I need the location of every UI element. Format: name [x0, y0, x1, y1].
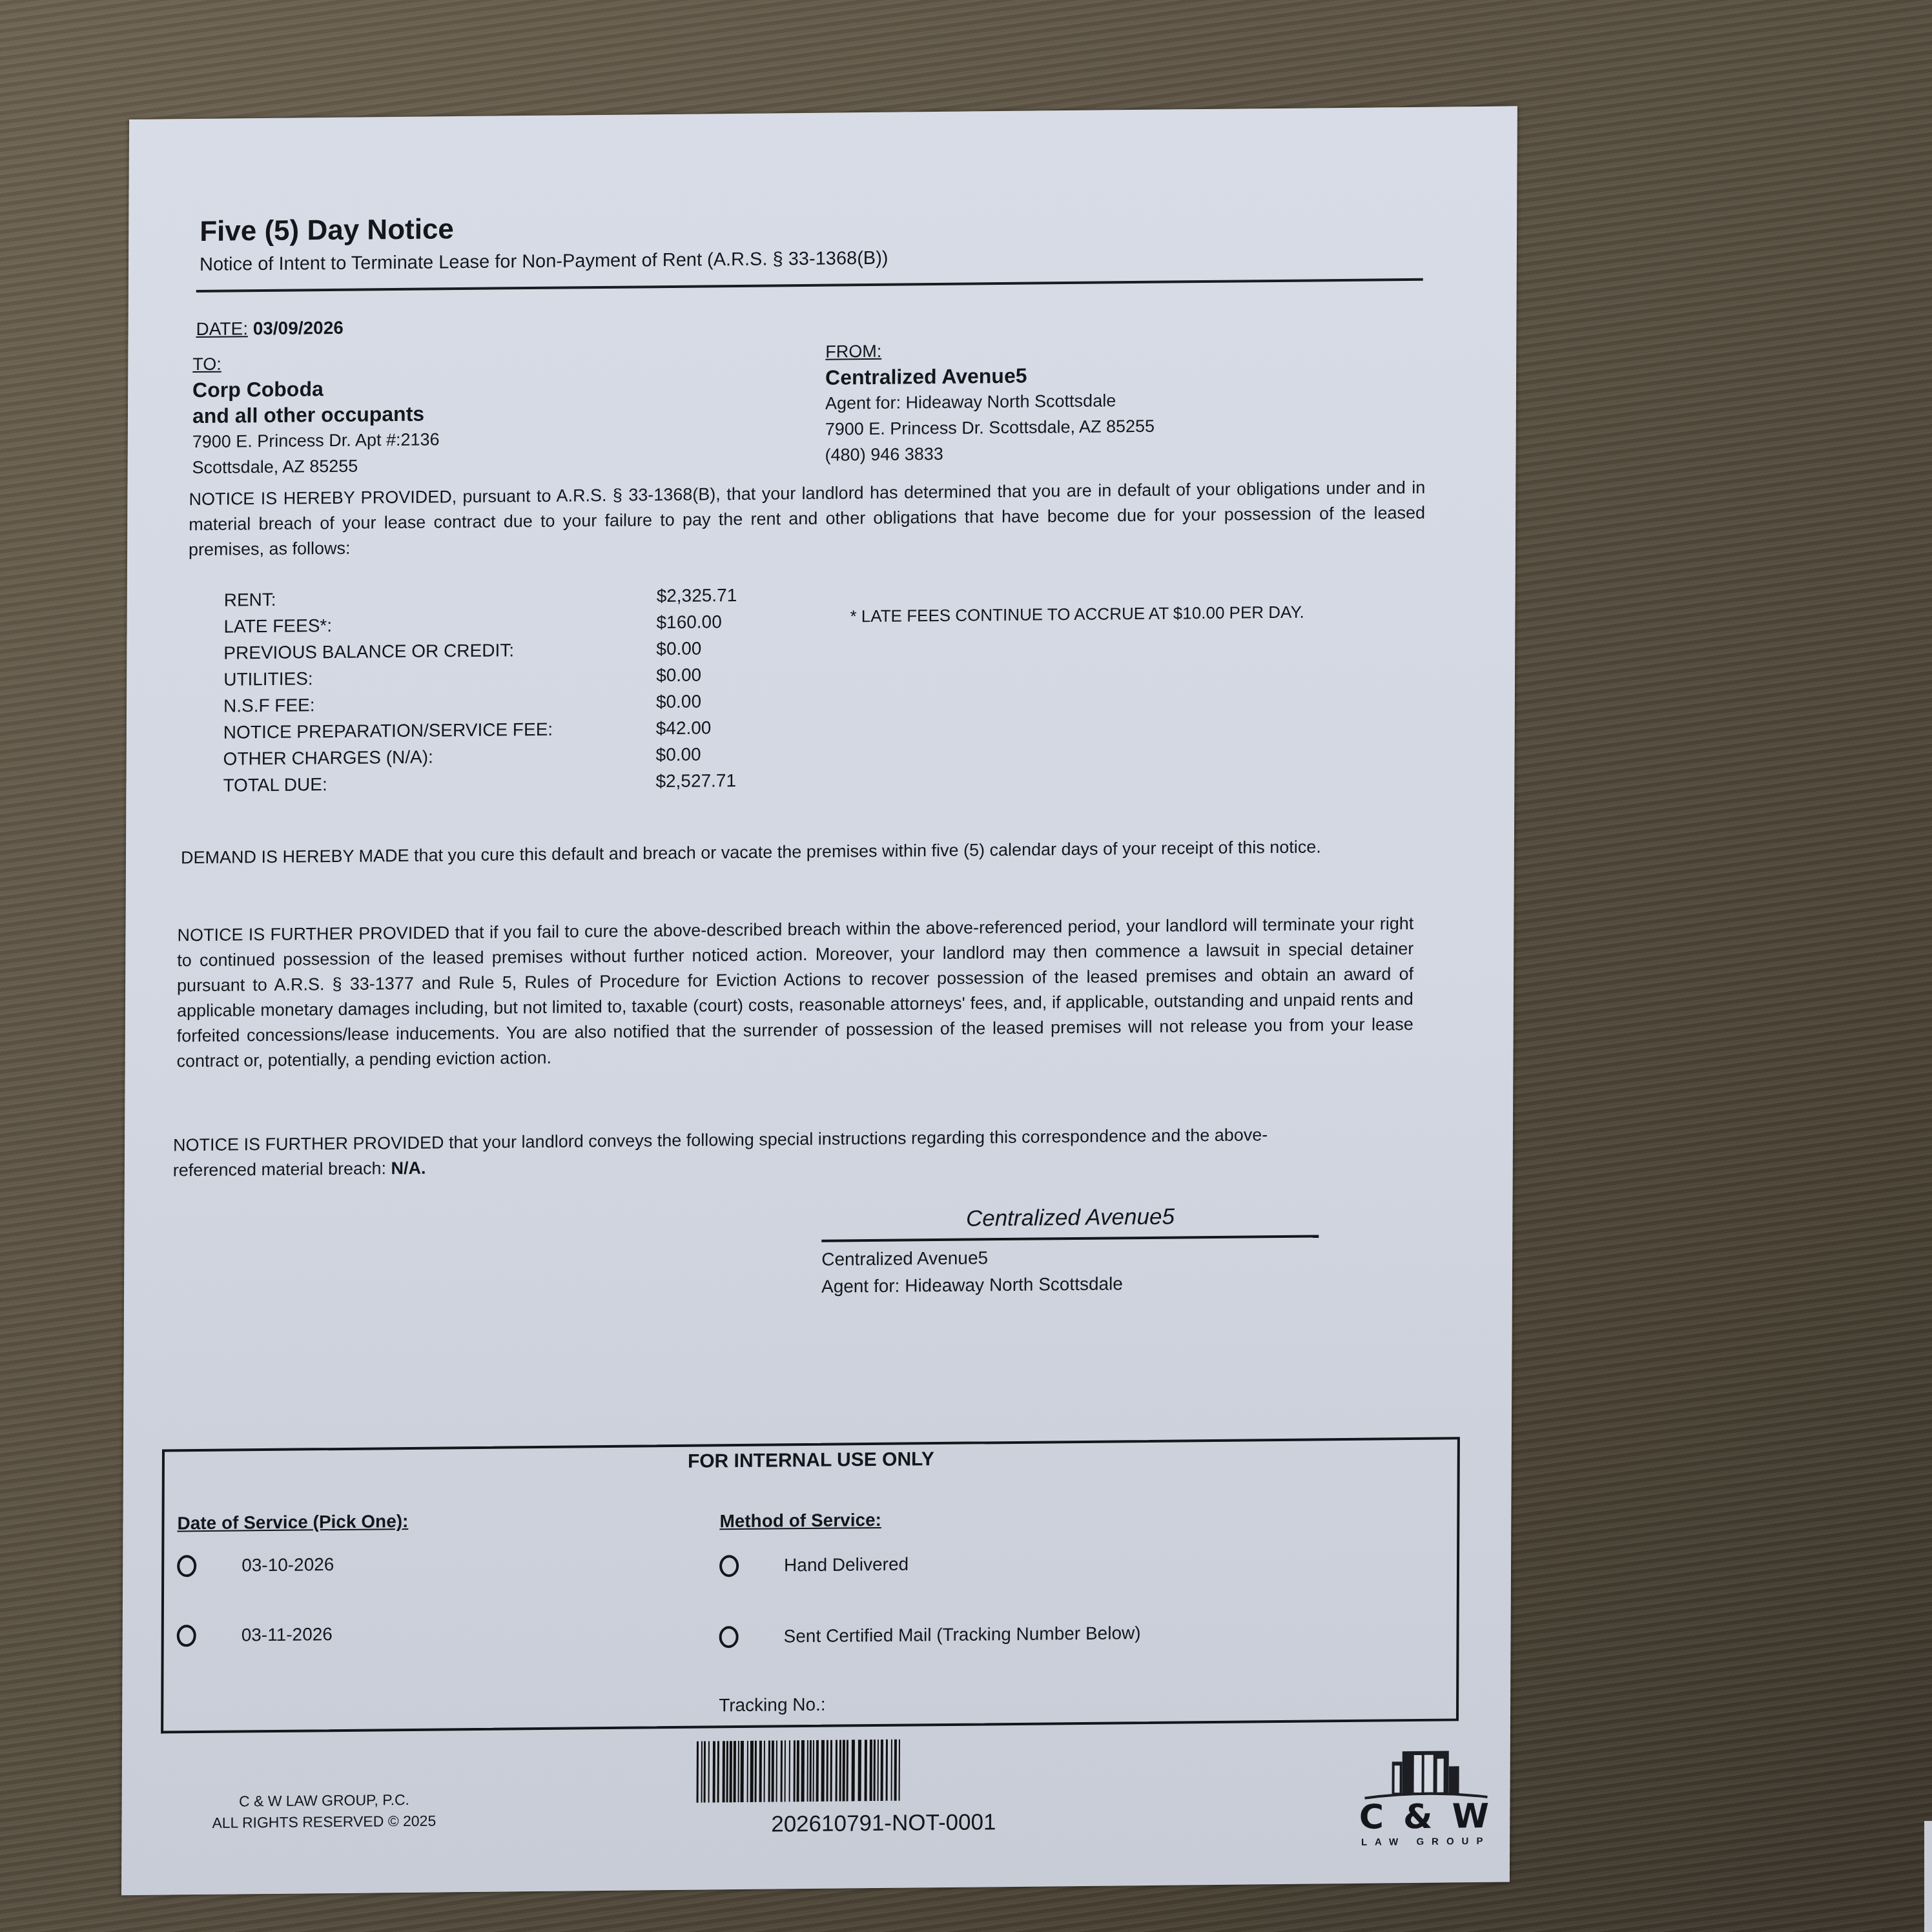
sender-block: FROM: Centralized Avenue5 Agent for: Hid…: [825, 336, 1155, 468]
signer-agent: Agent for: Hideaway North Scottsdale: [821, 1268, 1319, 1300]
copyright-block: C & W LAW GROUP, P.C. ALL RIGHTS RESERVE…: [212, 1789, 436, 1834]
recipient-occupants: and all other occupants: [192, 400, 440, 429]
date-of-service-heading: Date of Service (Pick One):: [177, 1511, 408, 1534]
signature: Centralized Avenue5: [821, 1202, 1319, 1237]
to-label: TO:: [192, 349, 440, 377]
sender-address: 7900 E. Princess Dr. Scottsdale, AZ 8525…: [825, 413, 1155, 442]
notice-paragraph: NOTICE IS HEREBY PROVIDED, pursuant to A…: [189, 475, 1425, 562]
sender-phone: (480) 946 3833: [825, 439, 1155, 468]
rights-reserved: ALL RIGHTS RESERVED © 2025: [212, 1811, 436, 1834]
charge-amount: $0.00: [656, 741, 701, 768]
special-instructions-text: NOTICE IS FURTHER PROVIDED that your lan…: [173, 1125, 1268, 1180]
charge-label: OTHER CHARGES (N/A):: [223, 741, 656, 772]
method-option-label: Sent Certified Mail (Tracking Number Bel…: [784, 1623, 1141, 1647]
demand-paragraph: DEMAND IS HEREBY MADE that you cure this…: [181, 834, 1417, 870]
recipient-address-2: Scottsdale, AZ 85255: [192, 452, 440, 480]
charge-amount: $0.00: [656, 662, 701, 689]
charge-row: TOTAL DUE:$2,527.71: [223, 767, 736, 799]
radio-circle-icon[interactable]: [719, 1555, 739, 1577]
signer-name: Centralized Avenue5: [821, 1241, 1319, 1273]
special-instructions-paragraph: NOTICE IS FURTHER PROVIDED that your lan…: [173, 1122, 1335, 1183]
sender-agent: Agent for: Hideaway North Scottsdale: [825, 387, 1155, 416]
building-icon: [1345, 1747, 1506, 1800]
barcode-number: 202610791-NOT-0001: [703, 1809, 1064, 1838]
charge-label: N.S.F FEE:: [223, 688, 656, 719]
date-option-2[interactable]: 03-11-2026: [177, 1623, 333, 1647]
barcode-icon: [697, 1738, 1062, 1802]
sender-name: Centralized Avenue5: [825, 362, 1155, 391]
charge-amount: $0.00: [656, 688, 701, 715]
recipient-block: TO: Corp Coboda and all other occupants …: [192, 349, 440, 480]
method-option-certified-mail[interactable]: Sent Certified Mail (Tracking Number Bel…: [719, 1622, 1141, 1648]
radio-circle-icon[interactable]: [719, 1626, 739, 1648]
recipient-address-1: 7900 E. Princess Dr. Apt #:2136: [192, 426, 440, 455]
internal-use-title: FOR INTERNAL USE ONLY: [165, 1443, 1457, 1477]
date-label: DATE:: [196, 318, 249, 339]
late-fee-note: * LATE FEES CONTINUE TO ACCRUE AT $10.00…: [850, 602, 1304, 627]
notice-document: Five (5) Day Notice Notice of Intent to …: [121, 106, 1517, 1895]
date-line: DATE: 03/09/2026: [196, 318, 344, 340]
charge-label: NOTICE PREPARATION/SERVICE FEE:: [223, 715, 656, 745]
charges-table: RENT:$2,325.71LATE FEES*:$160.00PREVIOUS…: [223, 582, 737, 799]
charge-amount: $0.00: [656, 635, 701, 663]
special-instructions-value: N/A.: [391, 1158, 426, 1178]
radio-circle-icon[interactable]: [177, 1555, 196, 1577]
adjacent-paper-edge: [1924, 1821, 1932, 1932]
title-divider: [196, 278, 1423, 293]
method-of-service-heading: Method of Service:: [719, 1510, 881, 1532]
charge-label: TOTAL DUE:: [223, 768, 655, 798]
tracking-number-label: Tracking No.:: [719, 1694, 826, 1716]
logo-subtext: LAW GROUP: [1345, 1836, 1506, 1848]
recipient-name: Corp Coboda: [192, 375, 440, 403]
date-option-label: 03-10-2026: [241, 1554, 334, 1576]
method-option-label: Hand Delivered: [784, 1554, 909, 1576]
law-group-logo: C & W LAW GROUP: [1345, 1747, 1507, 1845]
document-title: Five (5) Day Notice: [200, 213, 454, 248]
logo-text: C & W: [1345, 1797, 1506, 1837]
charge-amount: $2,527.71: [655, 767, 736, 794]
date-value: 03/09/2026: [253, 318, 344, 338]
charge-amount: $160.00: [656, 608, 721, 635]
charge-amount: $2,325.71: [657, 582, 737, 609]
charge-label: UTILITIES:: [223, 662, 656, 692]
internal-use-box: FOR INTERNAL USE ONLY Date of Service (P…: [161, 1437, 1460, 1733]
charge-amount: $42.00: [656, 714, 712, 741]
charge-label: RENT:: [224, 582, 657, 613]
document-subtitle: Notice of Intent to Terminate Lease for …: [200, 248, 889, 276]
charge-label: LATE FEES*:: [223, 609, 656, 639]
radio-circle-icon[interactable]: [177, 1625, 196, 1647]
company-name: C & W LAW GROUP, P.C.: [212, 1789, 437, 1813]
further-notice-paragraph: NOTICE IS FURTHER PROVIDED that if you f…: [177, 911, 1414, 1074]
method-option-hand-delivered[interactable]: Hand Delivered: [719, 1554, 909, 1577]
signature-block: Centralized Avenue5 Centralized Avenue5 …: [821, 1202, 1319, 1300]
charge-label: PREVIOUS BALANCE OR CREDIT:: [223, 635, 656, 666]
date-option-label: 03-11-2026: [241, 1624, 333, 1645]
from-label: FROM:: [825, 336, 1155, 365]
date-option-1[interactable]: 03-10-2026: [177, 1554, 334, 1577]
